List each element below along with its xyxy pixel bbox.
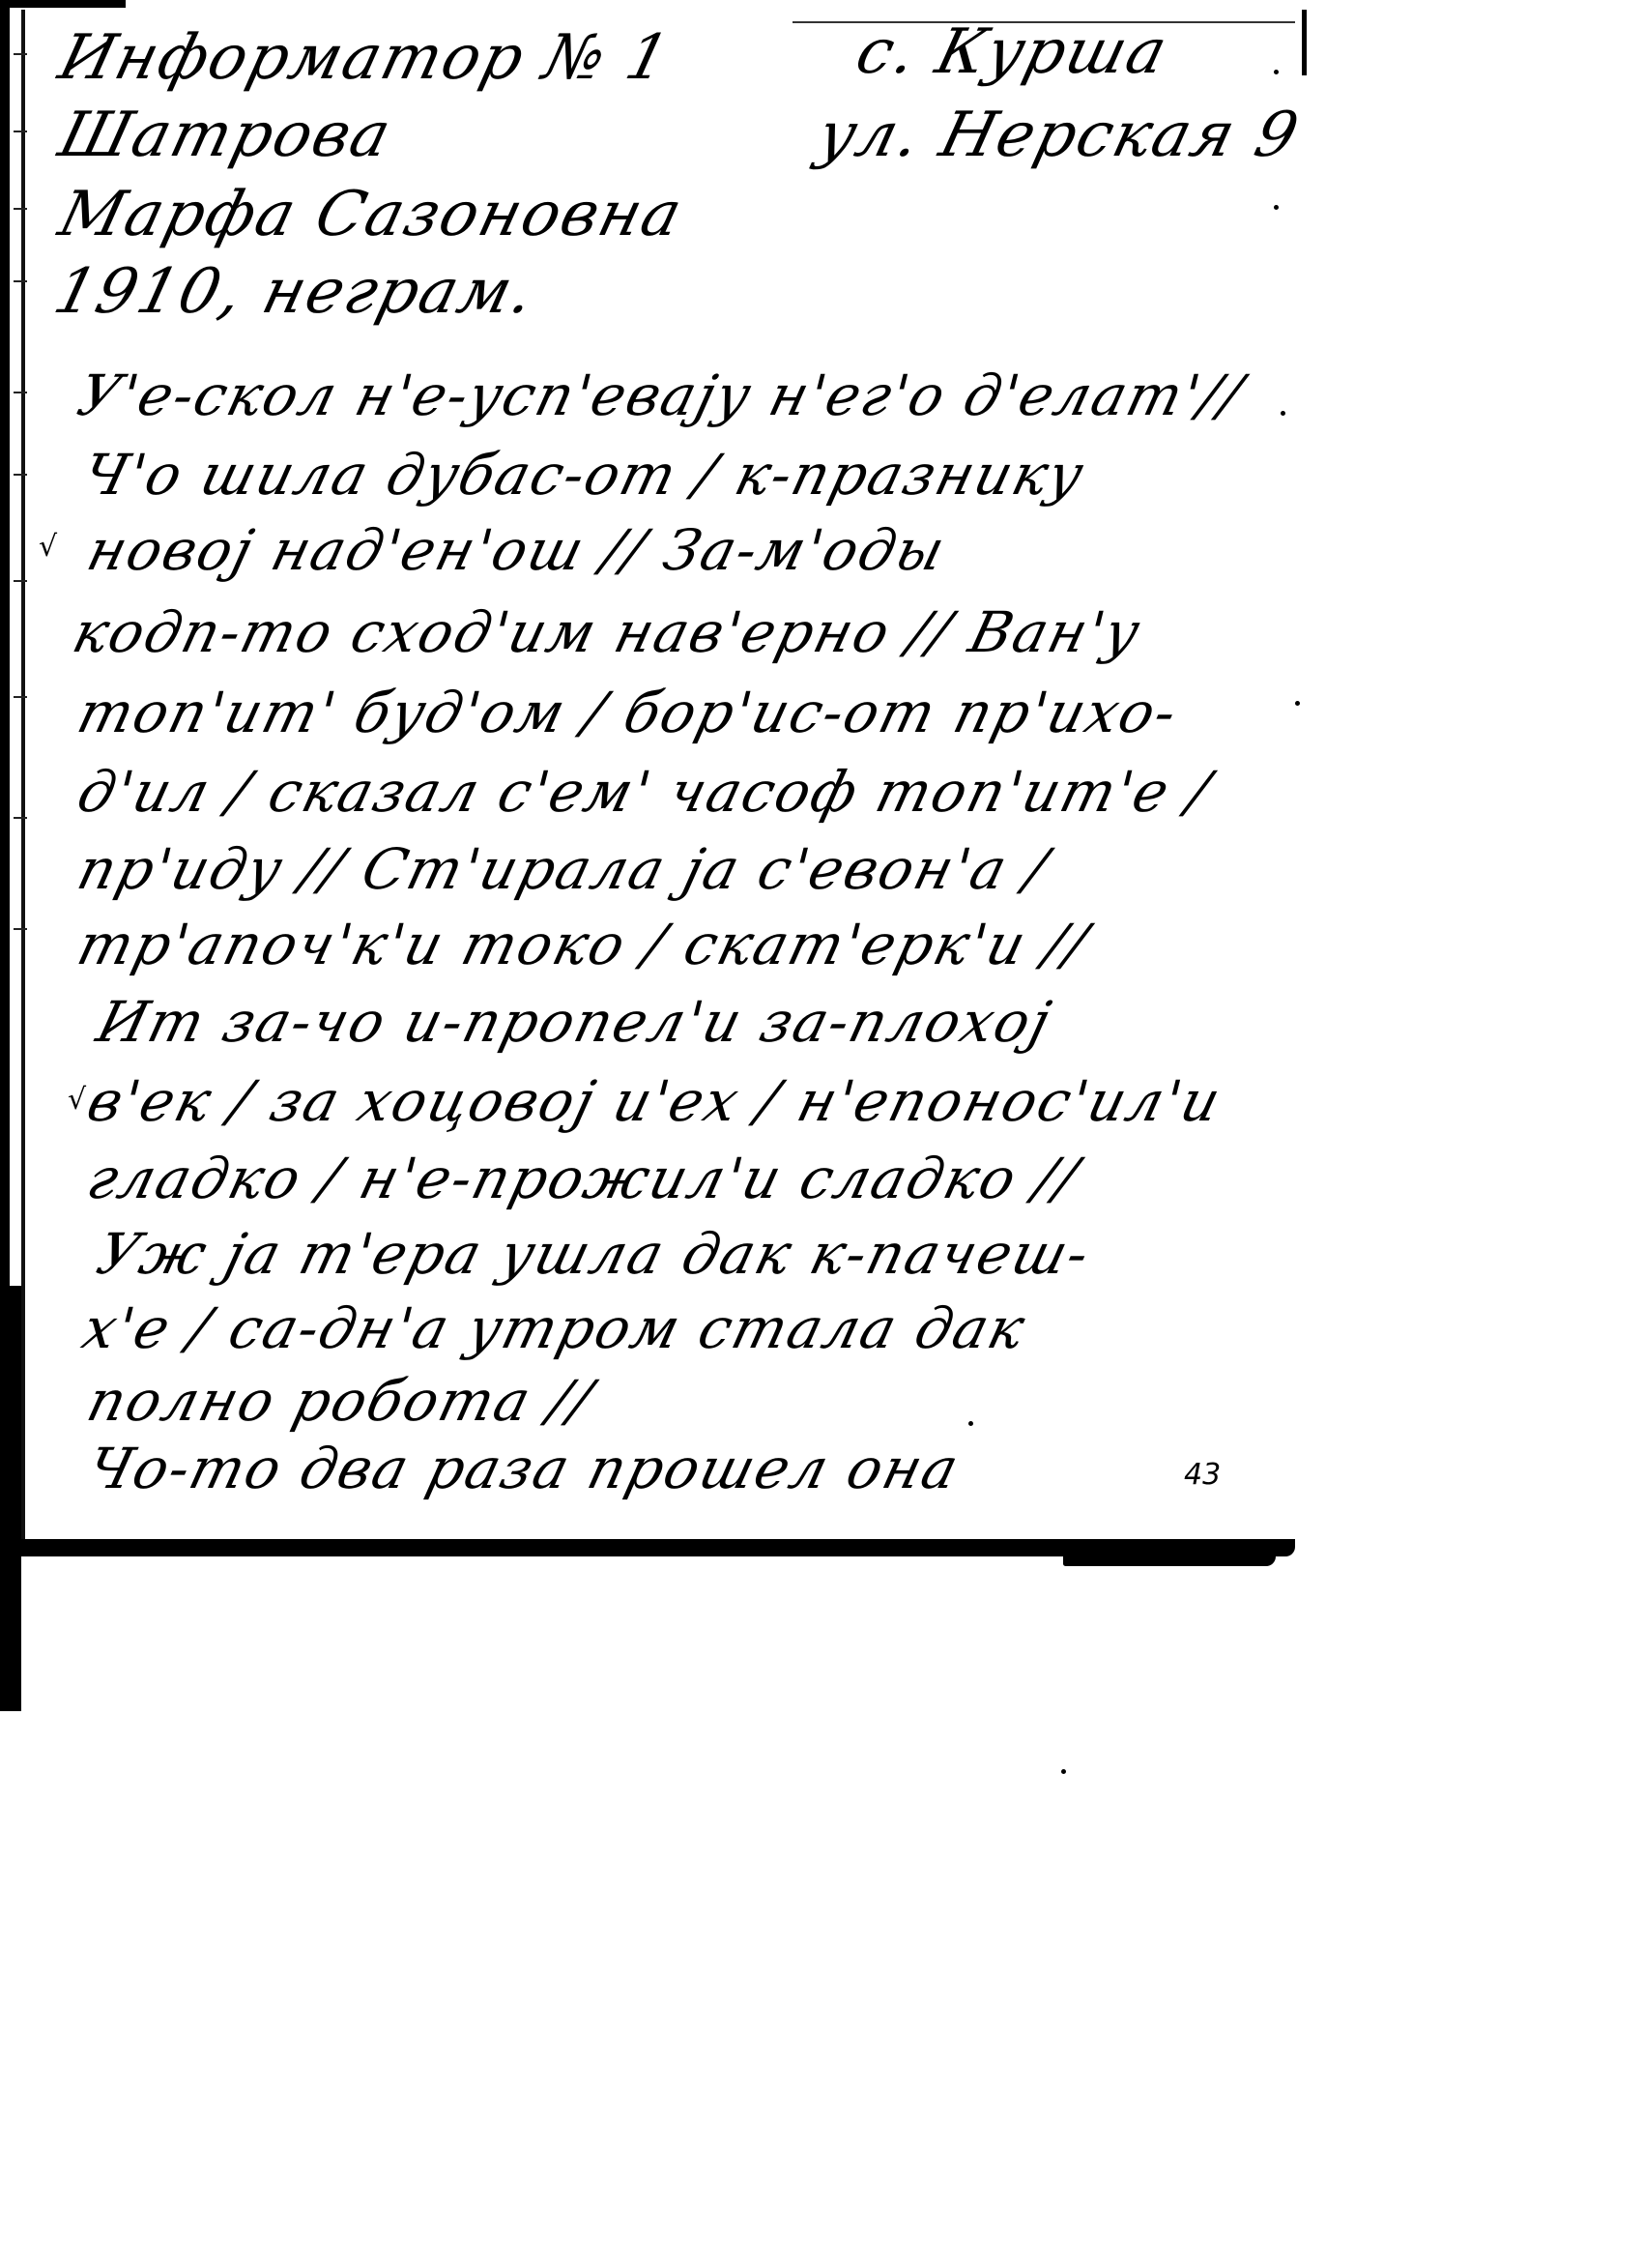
informant-birth-info: 1910, неграм.	[48, 261, 541, 323]
transcript-line: У'е-скол н'е-усп'еваjу н'ег'о д'елат'//	[72, 367, 1250, 423]
speck	[1281, 411, 1285, 416]
transcript-line: топ'ит' буд'ом / бор'ис-от пр'ихо-	[72, 684, 1184, 741]
transcript-line: Уж jа т'ера ушла дак к-пачеш-	[92, 1226, 1096, 1282]
transcript-line: новоj над'ен'ош // За-м'оды	[82, 522, 952, 578]
informant-surname: Шатрова	[53, 104, 398, 166]
margin-tick	[14, 208, 27, 210]
transcript-line: Чо-то два раза прошел она	[82, 1440, 966, 1497]
margin-tick	[14, 696, 27, 698]
scanned-page: Информатор № 1 Шатрова Марфа Сазоновна 1…	[0, 0, 1643, 2268]
speck	[1274, 205, 1279, 210]
transcript-line: полно робота //	[82, 1373, 599, 1429]
transcript-line: пр'иду // Ст'ирала jа с'евон'а /	[72, 841, 1054, 897]
street-address: ул. Нерская 9	[812, 104, 1306, 166]
margin-tick	[14, 53, 27, 55]
scan-left-shadow	[0, 1286, 21, 1711]
transcript-line: Ч'о шила дубас-от / к-празнику	[77, 447, 1090, 503]
informant-name: Марфа Сазоновна	[53, 184, 689, 246]
page-number: 43	[1184, 1458, 1221, 1492]
transcript-line: кодп-то сход'им нав'ерно // Ван'у	[68, 604, 1147, 660]
speck	[1295, 701, 1300, 706]
transcript-line: гладко / н'е-прожил'и сладко //	[82, 1150, 1084, 1207]
transcript-line: в'ек / за хоцовоj и'ех / н'епонос'ил'и	[82, 1073, 1227, 1129]
margin-tick	[14, 280, 27, 282]
transcript-line: Ит за-чо и-пропел'и за-плохоj	[92, 994, 1057, 1050]
margin-tick	[14, 392, 27, 393]
scan-top-edge	[0, 0, 126, 8]
transcript-line: д'ил / сказал с'ем' часоф топ'ит'е /	[72, 764, 1217, 820]
speck	[968, 1421, 973, 1426]
margin-tick	[14, 131, 27, 132]
checkmark-icon: √	[39, 530, 57, 564]
speck	[1061, 1769, 1066, 1774]
checkmark-icon: √	[68, 1083, 86, 1117]
transcript-line: х'е / са-дн'а утром стала дак	[77, 1300, 1032, 1356]
transcript-line: тр'апоч'к'и токо / скат'ерк'и //	[72, 916, 1094, 973]
margin-rule	[21, 10, 25, 1556]
village-name: с. Курша	[850, 21, 1174, 83]
margin-tick	[14, 928, 27, 930]
margin-tick	[14, 474, 27, 476]
page-bottom-border-tail	[1063, 1556, 1276, 1566]
margin-tick	[14, 817, 27, 819]
speck	[1274, 70, 1279, 74]
informant-label: Информатор № 1	[53, 27, 677, 89]
right-edge-mark	[1302, 10, 1307, 75]
page-bottom-border	[10, 1539, 1295, 1556]
margin-tick	[14, 580, 27, 582]
